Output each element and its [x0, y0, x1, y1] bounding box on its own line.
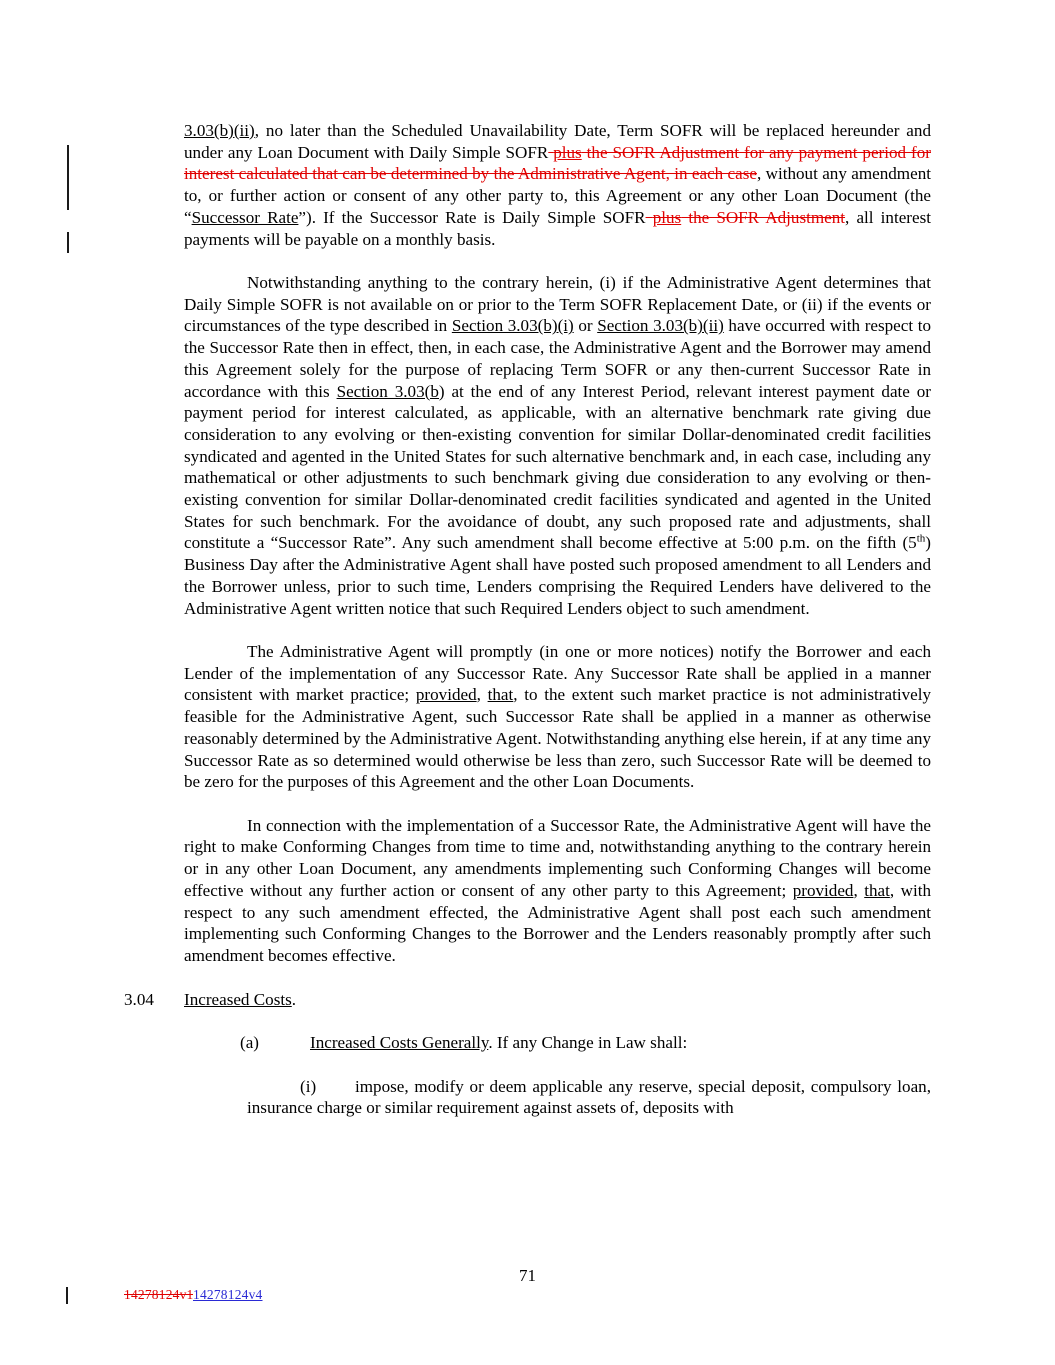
clause-i-label: (i): [300, 1076, 355, 1098]
change-bar: [67, 145, 69, 210]
paragraph-agent-notify: The Administrative Agent will promptly (…: [184, 641, 931, 793]
subsection-a-label: (a): [240, 1032, 310, 1054]
paragraph-notwithstanding: Notwithstanding anything to the contrary…: [184, 272, 931, 619]
footer-deleted-version: 14278124v1: [124, 1287, 193, 1302]
body-text-column: 3.03(b)(ii), no later than the Scheduled…: [184, 120, 931, 1119]
section-title: Increased Costs.: [184, 990, 296, 1009]
footer-inserted-version: 14278124v4: [193, 1287, 263, 1302]
clause-i-impose-modify: (i)impose, modify or deem applicable any…: [247, 1076, 931, 1119]
document-id-footer: 14278124v114278124v4: [124, 1287, 263, 1303]
page-number: 71: [0, 1266, 1055, 1286]
section-number: 3.04: [124, 989, 184, 1011]
paragraph-conforming-changes: In connection with the implementation of…: [184, 815, 931, 967]
change-bar: [67, 232, 69, 253]
subsection-a-text: Increased Costs Generally. If any Change…: [310, 1033, 687, 1052]
section-heading-increased-costs: 3.04Increased Costs.: [124, 989, 931, 1011]
paragraph-successor-rate: 3.03(b)(ii), no later than the Scheduled…: [184, 120, 931, 250]
subsection-a-increased-costs-generally: (a)Increased Costs Generally. If any Cha…: [240, 1032, 931, 1054]
document-page: 3.03(b)(ii), no later than the Scheduled…: [0, 0, 1055, 1365]
change-bar: [66, 1287, 68, 1304]
